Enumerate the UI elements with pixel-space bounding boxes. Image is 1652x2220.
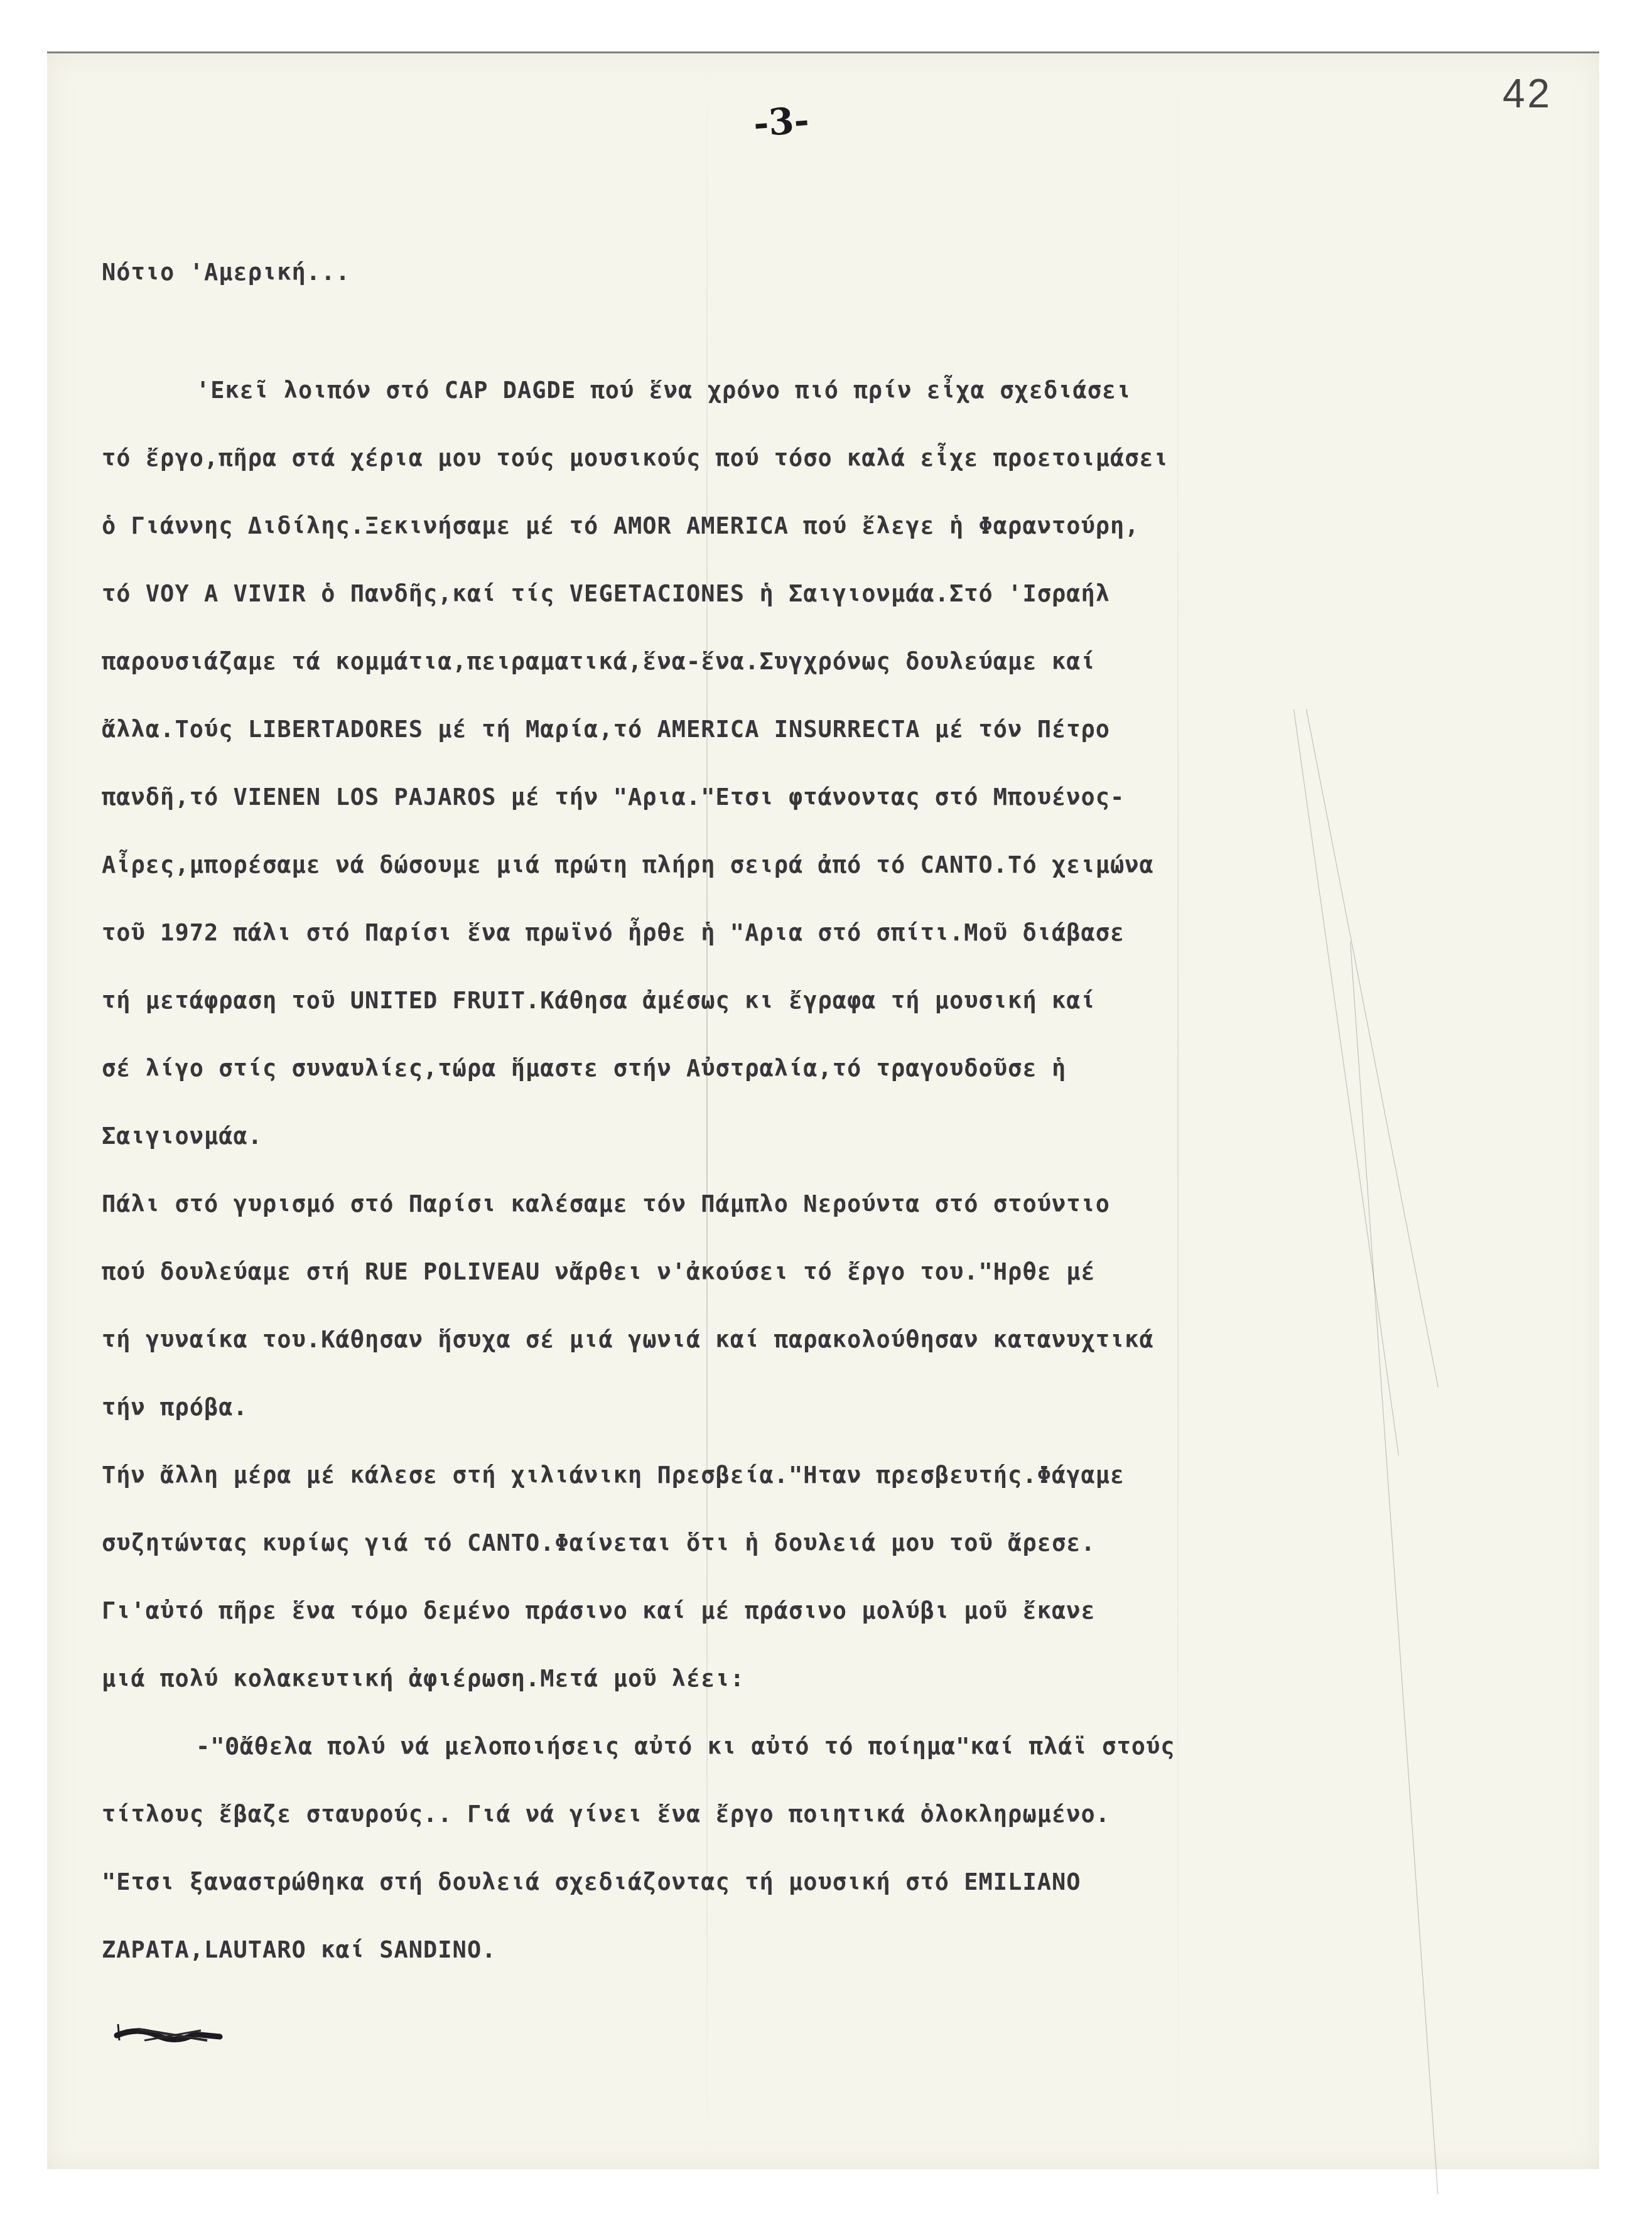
typed-line: -"Θἄθελα πολύ νά μελοποιήσεις αὐτό κι αὐ… [102,1713,1546,1781]
typed-line: τή γυναίκα του.Κάθησαν ἥσυχα σέ μιά γωνι… [102,1306,1546,1374]
typed-line: τήν πρόβα. [102,1374,1546,1441]
typed-line: 'Εκεῖ λοιπόν στό CAP DAGDE πού ἕνα χρόνο… [102,357,1546,424]
typed-line: Σαιγιονμάα. [102,1102,1546,1170]
typed-line: ZAPATA,LAUTARO καί SANDINO. [102,1916,1546,1984]
typed-line: Τήν ἄλλη μέρα μέ κάλεσε στή χιλιάνικη Πρ… [102,1441,1546,1509]
typed-line: πού δουλεύαμε στή RUE POLIVEAU νἄρθει ν'… [102,1238,1546,1306]
typed-line: ὁ Γιάννης Διδίλης.Ξεκινήσαμε μέ τό AMOR … [102,492,1546,560]
typed-line: τό ἔργο,πῆρα στά χέρια μου τούς μουσικού… [102,424,1546,492]
typed-line: συζητώντας κυρίως γιά τό CANTO.Φαίνεται … [102,1509,1546,1577]
paragraph-gap [102,306,1546,357]
typed-line: μιά πολύ κολακευτική ἀφιέρωση.Μετά μοῦ λ… [102,1645,1546,1713]
typed-line: ἄλλα.Τούς LIBERTADORES μέ τή Μαρία,τό AM… [102,696,1546,763]
page-marker: -3- [752,99,811,145]
typed-line: σέ λίγο στίς συναυλίες,τώρα ἥμαστε στήν … [102,1035,1546,1102]
typed-line: τό VOY A VIVIR ὁ Πανδῆς,καί τίς VEGETACI… [102,560,1546,628]
crossed-out-mark [113,2022,226,2047]
typed-line: Πάλι στό γυρισμό στό Παρίσι καλέσαμε τόν… [102,1170,1546,1238]
typed-line: Νότιο 'Αμερική... [102,239,1546,306]
typed-line: "Ετσι ξαναστρώθηκα στή δουλειά σχεδιάζον… [102,1848,1546,1916]
typed-line: τή μετάφραση τοῦ UNITED FRUIT.Κάθησα ἀμέ… [102,967,1546,1035]
typed-line: τοῦ 1972 πάλι στό Παρίσι ἕνα πρωϊνό ἦρθε… [102,899,1546,967]
typed-line: Αἶρες,μπορέσαμε νά δώσουμε μιά πρώτη πλή… [102,831,1546,899]
archive-number: 42 [1503,70,1552,117]
typed-line: τίτλους ἔβαζε σταυρούς.. Γιά νά γίνει ἕν… [102,1781,1546,1848]
typed-line: πανδῆ,τό VIENEN LOS PAJAROS μέ τήν "Αρια… [102,763,1546,831]
typed-line: Γι'αὐτό πῆρε ἕνα τόμο δεμένο πράσινο καί… [102,1577,1546,1645]
typed-line: παρουσιάζαμε τά κομμάτια,πειραματικά,ἕνα… [102,628,1546,696]
typed-body-text: Νότιο 'Αμερική...'Εκεῖ λοιπόν στό CAP DA… [102,239,1546,1984]
